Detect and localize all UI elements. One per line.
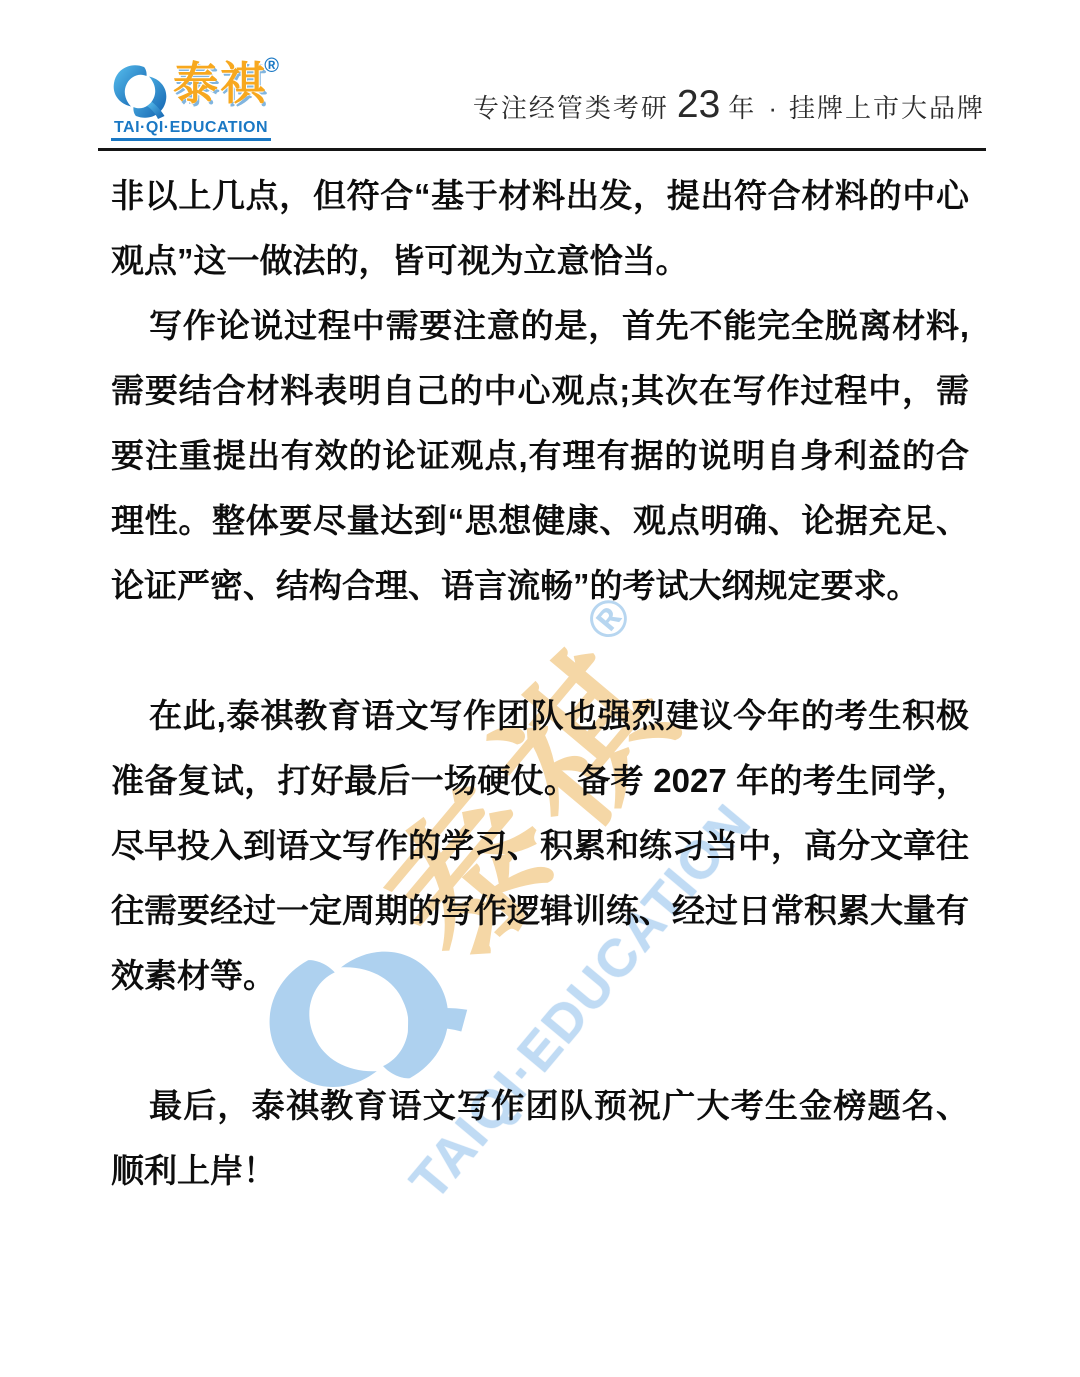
document-page: 泰祺 ® TAI·QI·EDUCATION 专注经管类考研 23 年 · 挂牌上… [0, 0, 1080, 1377]
tagline-prefix: 专注经管类考研 [473, 88, 669, 125]
header-tagline: 专注经管类考研 23 年 · 挂牌上市大品牌 [473, 83, 985, 127]
header-divider-line [98, 148, 986, 151]
tagline-separator: · [768, 93, 777, 124]
registered-mark-icon: ® [264, 55, 279, 78]
tagline-suffix: 挂牌上市大品牌 [789, 88, 985, 125]
taiqi-logo: 泰祺 ® TAI·QI·EDUCATION [111, 61, 271, 141]
paragraph-4: 最后，泰祺教育语文写作团队预祝广大考生金榜题名、顺利上岸！ [111, 1073, 969, 1203]
page-header: 泰祺 ® TAI·QI·EDUCATION 专注经管类考研 23 年 · 挂牌上… [111, 58, 985, 144]
paragraph-1: 非以上几点，但符合“基于材料出发，提出符合材料的中心观点”这一做法的，皆可视为立… [111, 163, 969, 293]
taiqi-swirl-icon [111, 63, 171, 121]
tagline-years-number: 23 [677, 83, 720, 127]
document-body: 非以上几点，但符合“基于材料出发，提出符合材料的中心观点”这一做法的，皆可视为立… [111, 163, 969, 1203]
paragraph-3: 在此,泰祺教育语文写作团队也强烈建议今年的考生积极准备复试，打好最后一场硬仗。备… [111, 683, 969, 1008]
tagline-years-unit: 年 [728, 88, 756, 125]
logo-brand-en: TAI·QI·EDUCATION [111, 119, 271, 141]
paragraph-2: 写作论说过程中需要注意的是，首先不能完全脱离材料,需要结合材料表明自己的中心观点… [111, 293, 969, 618]
logo-brand-cn: 泰祺 [173, 61, 267, 106]
